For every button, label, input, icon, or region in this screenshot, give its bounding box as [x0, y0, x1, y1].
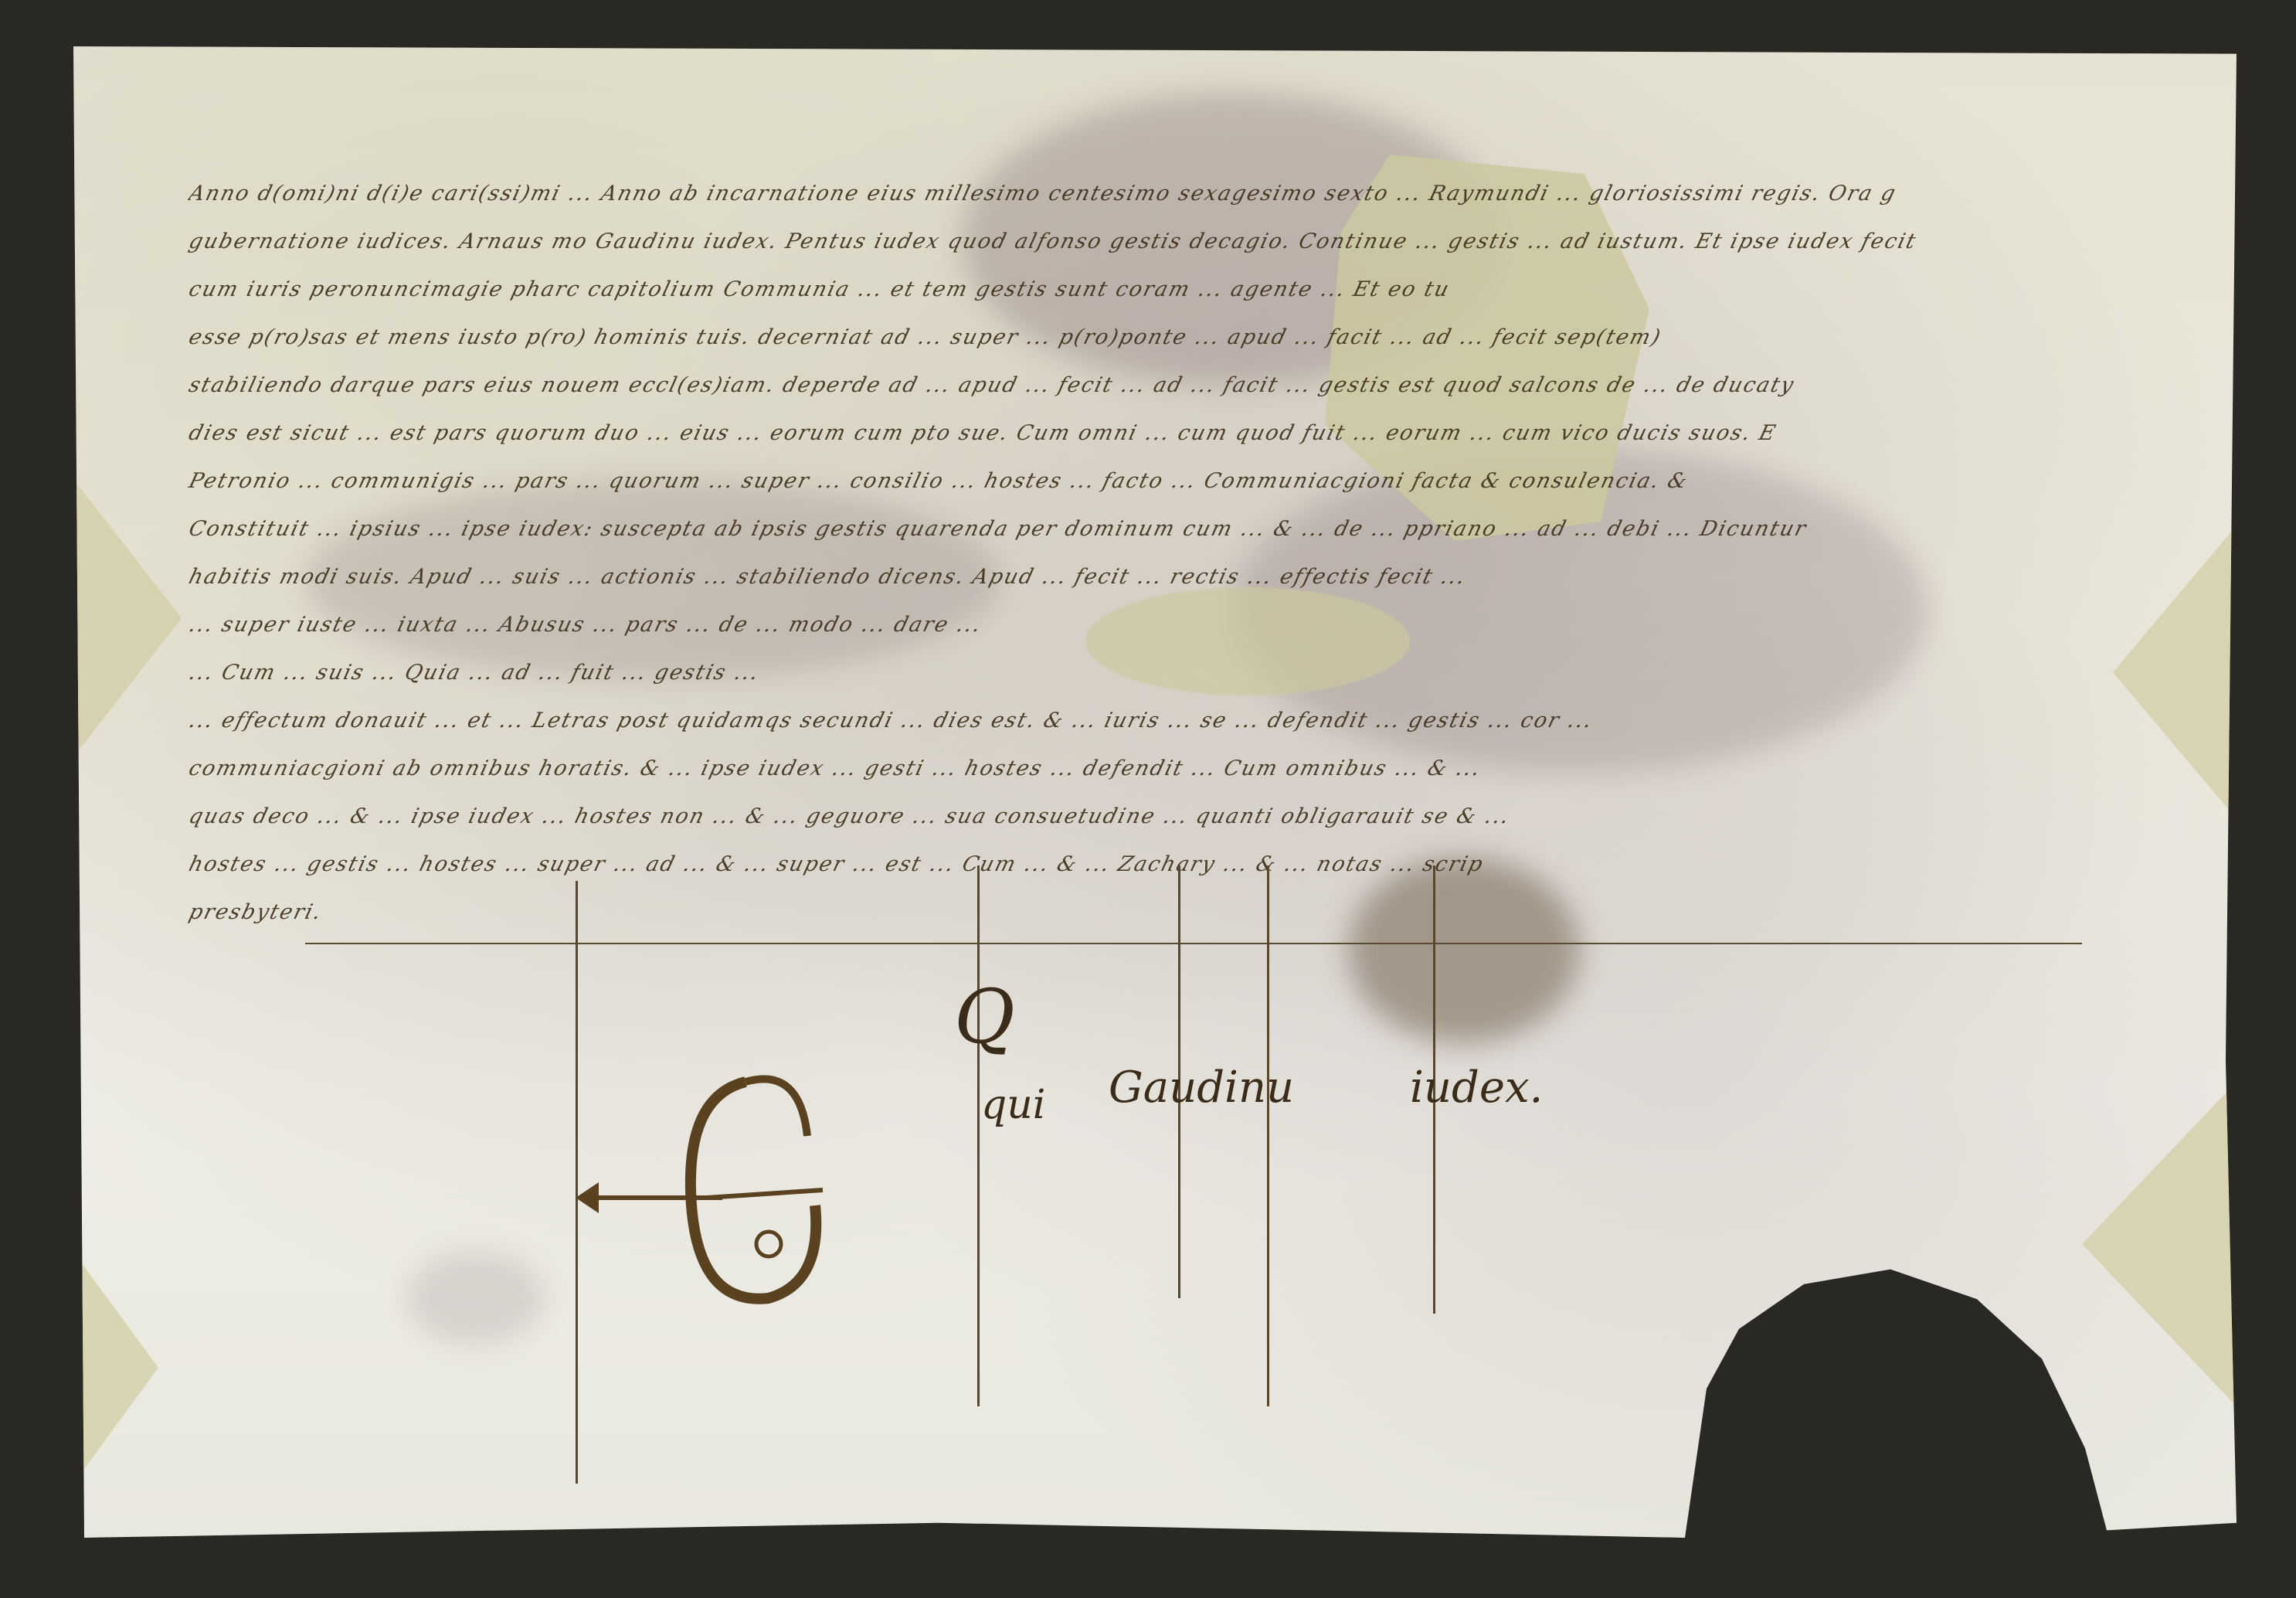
signature-name: Gaudinu	[1109, 1062, 1294, 1113]
signature-title: iudex.	[1410, 1062, 1543, 1113]
parchment-sheet: Anno d(omi)ni d(i)e cari(ssi)mi ... Anno…	[73, 46, 2237, 1538]
ruled-line	[305, 943, 2082, 944]
monogram-e-icon	[568, 1051, 892, 1329]
text-line: cum iuris peronuncimagie pharc capitoliu…	[183, 266, 2219, 314]
signature-initial: Q	[954, 974, 1015, 1060]
signature-word: qui	[981, 1082, 1045, 1128]
text-line: communiacgioni ab omnibus horatis. & ...…	[183, 745, 2219, 793]
text-line: hostes ... gestis ... hostes ... super .…	[183, 841, 2219, 889]
text-line: Anno d(omi)ni d(i)e cari(ssi)mi ... Anno…	[183, 170, 2219, 218]
signature-stroke	[977, 865, 980, 1406]
charter-text: Anno d(omi)ni d(i)e cari(ssi)mi ... Anno…	[189, 170, 2213, 937]
text-line: Petronio ... communigis ... pars ... quo…	[183, 457, 2219, 505]
text-line: quas deco ... & ... ipse iudex ... hoste…	[183, 793, 2219, 841]
text-line: dies est sicut ... est pars quorum duo .…	[183, 410, 2219, 457]
text-line: ... super iuste ... iuxta ... Abusus ...…	[183, 601, 2219, 649]
text-line: stabiliendo darque pars eius nouem eccl(…	[183, 362, 2219, 410]
text-line: ... effectum donauit ... et ... Letras p…	[183, 697, 2219, 745]
text-line: habitis modi suis. Apud ... suis ... act…	[183, 553, 2219, 601]
stain	[406, 1252, 545, 1345]
edge-tissue-left-bottom	[73, 1252, 158, 1484]
text-line: esse p(ro)sas et mens iusto p(ro) homini…	[183, 314, 2219, 362]
edge-tissue-right-bottom	[2082, 1082, 2237, 1406]
text-line: Constituit ... ipsius ... ipse iudex: su…	[183, 505, 2219, 553]
signature-stroke	[1267, 865, 1269, 1406]
edge-tissue-left	[73, 479, 182, 757]
text-line: presbyteri.	[183, 889, 2219, 937]
text-line: gubernatione iudices. Arnaus mo Gaudinu …	[183, 218, 2219, 266]
text-line: ... Cum ... suis ... Quia ... ad ... fui…	[183, 649, 2219, 697]
